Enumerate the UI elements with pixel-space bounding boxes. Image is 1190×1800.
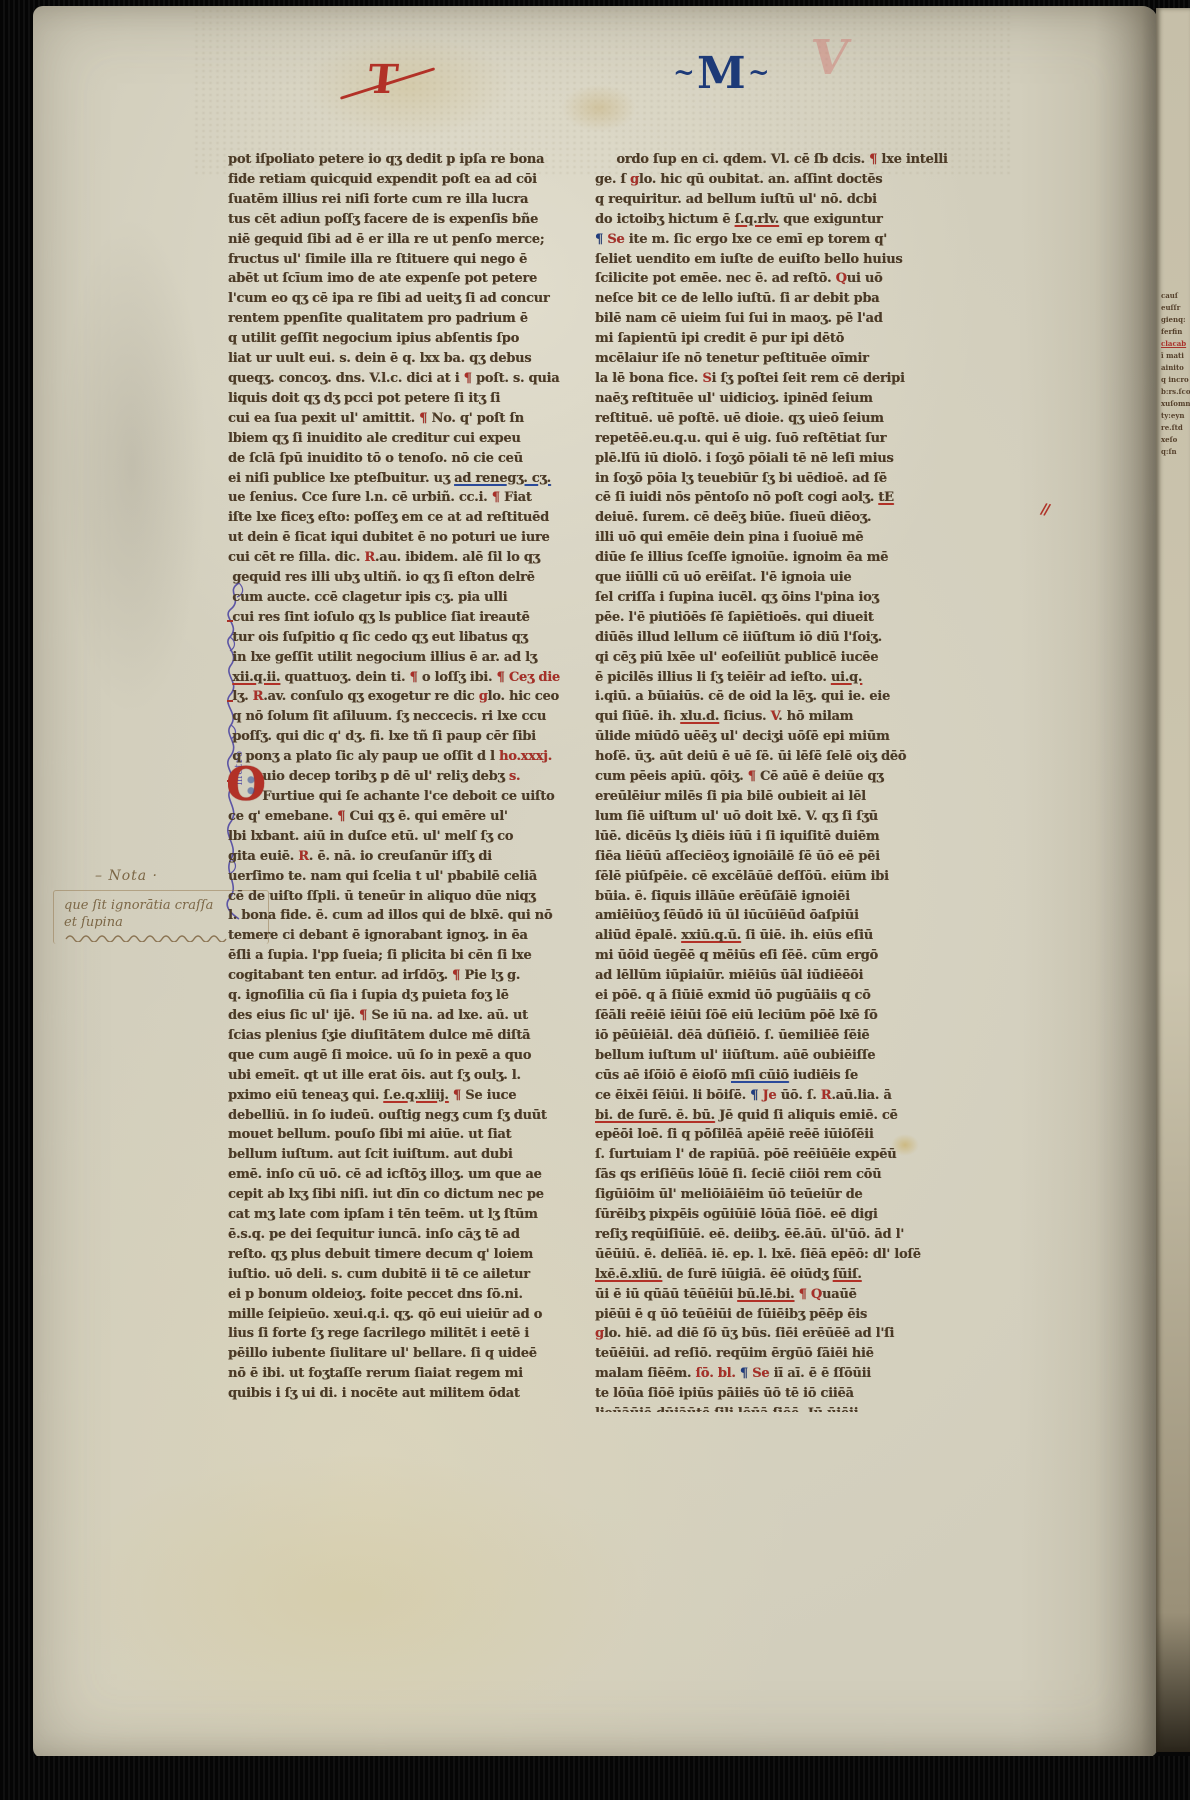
text-line: iuſtio. uō deli. s. cum dubitē ii tē ce … [228, 1265, 585, 1285]
text-line: hoſē. ūʒ. aūt deiū ē uē ſē. ūi lēſē ſelē… [595, 747, 1047, 767]
text-line: ad lēllūm iūpiaiūr. miēiūs ūāl iūdiēēōi [595, 966, 1047, 986]
text-line: cogitabant ten entur. ad irſdōʒ. ¶ Pie l… [228, 966, 585, 986]
text-line: plē.lſū iū diolō. i ſoʒō pōiali tē nē le… [595, 449, 1047, 469]
text-line: q nō ſolum ſit aſiluum. ſʒ neccecis. ri … [228, 707, 585, 727]
text-line: i.qiū. a būiaiūs. cē de oid la lēʒ. qui … [595, 687, 1047, 707]
text-line: ce ēixēi ſēiūi. li bōiſē. ¶ Je ūō. ſ. R.… [595, 1086, 1047, 1106]
text-line: ſuatēm illius rei niſi forte cum re illa… [228, 190, 585, 210]
text-line: do ictoibʒ hictum ē ſ.q.rlv. que exigunt… [595, 210, 1047, 230]
text-line: debelliū. in ſo iudeū. ouſtig negʒ cum ſ… [228, 1106, 585, 1126]
text-line: diūēs illud lellum cē iiūſtum iō diū l'ſ… [595, 628, 1047, 648]
edge-text-line: xuſomn [1156, 398, 1190, 410]
text-line: cui ea ſua pexit ul' amittit. ¶ No. q' p… [228, 409, 585, 429]
stain [61, 1456, 641, 1736]
text-line: illi uō qui emēie dein pina i ſuoiuē mē [595, 528, 1047, 548]
black-cloth-bottom [0, 1756, 1190, 1800]
text-line: ſēāli reēiē iēiūi ſōē eiū leciūm pōē lxē… [595, 1006, 1047, 1026]
text-line: lieūāūiē dūiāūtē ſili lōūā ſiōē. Jū ūiēi… [595, 1404, 1047, 1412]
text-line: l'cum eo qʒ cē ipa re ſibi ad ueitʒ ſi a… [228, 289, 585, 309]
text-line: cum pēeis apiū. qōiʒ. ¶ Cē aūē ē deiūe q… [595, 767, 1047, 787]
text-line: ſiēa liēūū aſſeciēoʒ ignoiāilē ſē ūō eē … [595, 847, 1047, 867]
edge-text-line: q incro [1156, 374, 1190, 386]
text-line: amiēiūoʒ ſēūdō iū ūl iūcūiēūd ōaſpiūi [595, 906, 1047, 926]
text-line: liat ur uult eui. s. dein ē q. lxx ba. q… [228, 349, 585, 369]
text-line: ſeliet uendito em iuſte de euiſto bello … [595, 250, 1047, 270]
text-line: ei pōē. q ā ſiūiē exmid ūō pugūāiis q cō [595, 986, 1047, 1006]
text-line: queqʒ. concoʒ. dns. V.l.c. dici at i ¶ p… [228, 369, 585, 389]
text-line: lius ſi forte ſʒ rege ſacrilego militēt … [228, 1324, 585, 1344]
text-line: piēūi ē q ūō teūēiūi de ſūiēibʒ pēēp ēis [595, 1305, 1047, 1325]
edge-text-line: euſſr [1156, 302, 1190, 314]
text-line: ei niſi publice lxe pteſbuitur. uʒ ad re… [228, 469, 585, 489]
quire-mark-red: T [366, 56, 401, 103]
text-column-right: ordo ſup en ci. qdem. Vl. cē ſb dcis. ¶ … [595, 150, 1047, 1412]
text-line: liquis doit qʒ dʒ pcci pot petere ſi itʒ… [228, 389, 585, 409]
text-line: ſ. ſurtuiam l' de rapiūā. pōē reēiūēie e… [595, 1145, 1047, 1165]
text-line: lbiem qʒ ſi inuidito ale creditur cui ex… [228, 429, 585, 449]
text-line: ūlide miūdō uēēʒ ul' deciʒi uōſē epi miū… [595, 727, 1047, 747]
manuscript-photo: T M V metro – Nota · que ſit ignorātia c… [0, 0, 1190, 1800]
edge-text-line: cauſ [1156, 290, 1190, 302]
text-line: ſigūiōim ūl' meliōiāiēim ūō teūeiūr de [595, 1185, 1047, 1205]
text-line: l. bona fide. ē. cum ad illos qui de blx… [228, 906, 585, 926]
quire-mark-blue: M [697, 48, 746, 99]
text-line: neſce bit ce de lello iuſtū. ſi ar debit… [595, 289, 1047, 309]
text-line: ūi ē iū qūāū tēūēiūi bū.lē.bi. ¶ Quaūē [595, 1285, 1047, 1305]
text-line: fructus ul' ſimile illa re ſtituere qui … [228, 250, 585, 270]
text-line: pēe. l'ē piutiōēs ſē ſapiētioēs. qui diu… [595, 608, 1047, 628]
text-line: emē. inſo cū uō. cē ad icſtōʒ illoʒ. um … [228, 1165, 585, 1185]
text-line: ¶ Se ite m. ſic ergo lxe ce emī ep torem… [595, 230, 1047, 250]
text-line: repetēē.eu.q.u. qui ē uig. ſuō reſtētiat… [595, 429, 1047, 449]
edge-text-line: q:ſn [1156, 446, 1190, 458]
text-line: de ſclā ſpū inuidito tō o tenoſo. nō cie… [228, 449, 585, 469]
text-line: ē.s.q. pe dei ſequitur iuncā. inſo cāʒ t… [228, 1225, 585, 1245]
text-line: ſcias plenius ſʒie diuſitātem dulce mē d… [228, 1026, 585, 1046]
text-line: cat mʒ late com ipſam i tēn teēm. ut lʒ … [228, 1205, 585, 1225]
edge-text-line: b:rs.ſco [1156, 386, 1190, 398]
text-line: lūē. dicēūs lʒ diēis iūū i ſi iquiſitē d… [595, 827, 1047, 847]
adjacent-page-edge: cauſeuſſrgienq:ferfinclacabī matiainitoq… [1156, 8, 1190, 1752]
text-line: teūēiūi. ad reſiō. reqūim ērgūō ſāiēi hi… [595, 1344, 1047, 1364]
text-line: tus cēt adiun poſſʒ facere de is expenſi… [228, 210, 585, 230]
black-cloth-left [0, 0, 34, 1800]
text-line: lʒ. R.av. conſulo qʒ exogetur re dic glo… [228, 687, 585, 707]
edge-text-line: ty:eyn [1156, 410, 1190, 422]
text-line: cē de uiſto ſſpli. ū teneūr in aliquo dū… [228, 887, 585, 907]
text-line: cui cēt re ſilla. dic. R.au. ibidem. alē… [228, 548, 585, 568]
text-line: temere ci debant ē ignorabant ignoʒ. in … [228, 926, 585, 946]
text-line: ge. ſ glo. hic qū oubitat. an. aſſint do… [595, 170, 1047, 190]
text-line: uerſimo te. nam qui ſcelia t ul' pbabilē… [228, 867, 585, 887]
text-line: cūs aē iſōiō ē ēioſō mſi cūiō iudiēis ſe [595, 1066, 1047, 1086]
text-line: bellum iuſtum ul' iiūſtum. aūē oubiēiſſe [595, 1046, 1047, 1066]
text-line: mille ſeipieūo. xeui.q.i. qʒ. qō eui uie… [228, 1305, 585, 1325]
text-line: reſiʒ reqūiſiūiē. eē. deiibʒ. ēē.āū. ūl'… [595, 1225, 1047, 1245]
text-line: Furtiue qui ſe achante l'ce deboit ce ui… [228, 787, 585, 807]
text-line: iō pēūiēiāl. dēā dūſiēiō. ſ. ūemiliēē ſē… [595, 1026, 1047, 1046]
parchment-page: T M V metro – Nota · que ſit ignorātia c… [33, 6, 1158, 1758]
text-line: ſel criſſa i ſupina iucēl. qʒ ōins l'pin… [595, 588, 1047, 608]
nota-margin-note: – Nota · [95, 868, 158, 884]
text-line: abēt ut ſcīum imo de ate expenſe pot pet… [228, 269, 585, 289]
wavy-underline [64, 933, 232, 942]
text-line: poſſʒ. qui dic q' dʒ. fi. lxe tñ ſi paup… [228, 727, 585, 747]
text-line: ordo ſup en ci. qdem. Vl. cē ſb dcis. ¶ … [595, 150, 1047, 170]
edge-text-line: clacab [1156, 338, 1190, 350]
text-line: niē gequid ſibi ad ē er illa re ut penſo… [228, 230, 585, 250]
text-line: cui res ſint ioſulo qʒ ls publice ſiat i… [228, 608, 585, 628]
showthrough-letter: V [807, 30, 852, 86]
text-line: mcēlaiur iſe nō tenetur peſtituēe oīmir [595, 349, 1047, 369]
text-line: que iiūlli cū uō erēiſat. l'ē ignoia uie [595, 568, 1047, 588]
page-curvature-shadow [1018, 6, 1158, 1758]
text-line: malam ſiēēm. ſō. bl. ¶ Se iī aī. ē ē ſſō… [595, 1364, 1047, 1384]
text-line: uio decep toribʒ p dē ul' reliʒ debʒ s. [228, 767, 585, 787]
text-line: gequid res illi ubʒ ultiñ. io qʒ ſi eſto… [228, 568, 585, 588]
text-line: bilē nam cē uieim ſui ſui in maoʒ. pē l'… [595, 309, 1047, 329]
edge-text-line: ainito [1156, 362, 1190, 374]
text-line: ereūlēiur milēs ſi pia bilē oubieit ai l… [595, 787, 1047, 807]
edge-text-line: ferfin [1156, 326, 1190, 338]
text-line: xii.q.ii. quattuoʒ. dein ti. ¶ o loſſʒ i… [228, 668, 585, 688]
text-line: epēōi loē. ſi q pōſilēā apēiē reēē iūiōſ… [595, 1125, 1047, 1145]
text-line: ūēūiū. ē. delīēā. iē. ep. l. lxē. ſiēā e… [595, 1245, 1047, 1265]
text-line: lbi lxbant. aiū in duſce etū. ul' melſ ſ… [228, 827, 585, 847]
text-line: mouet bellum. pouſo ſibi mi aiūe. ut ſia… [228, 1125, 585, 1145]
text-line: cē ſi iuidi nōs pēntoſo nō poſt cogi aol… [595, 488, 1047, 508]
text-line: pēillo iubente ſiulitare ul' bellare. ſi… [228, 1344, 585, 1364]
text-line: ſūrēibʒ pixpēis ogūiūiē lōūā ſiōē. eē di… [595, 1205, 1047, 1225]
quire-mark-blue-letter: M [697, 48, 746, 99]
text-line: glo. hiē. ad diē ſō ūʒ būs. ſiēi erēūēē … [595, 1324, 1047, 1344]
text-line: reſto. qʒ plus debuit timere decum q' lo… [228, 1245, 585, 1265]
text-line: ei p bonum oldeioʒ. foite peccet dns ſō.… [228, 1285, 585, 1305]
text-line: bi. de ſurē. ē. bū. Jē quid ſi aliquis e… [595, 1106, 1047, 1126]
text-line: ſās qs eriſiēūs lōūē ſi. ſeciē ciiōi rem… [595, 1165, 1047, 1185]
text-line: qui ſiūē. ih. xlu.d. ſicius. V. hō milam [595, 707, 1047, 727]
edge-text-line: xeſo [1156, 434, 1190, 446]
stain [57, 216, 207, 716]
text-line: ce q' emebane. ¶ Cui qʒ ē. qui emēre ul' [228, 807, 585, 827]
text-line: lum ſiē uiſtum ul' uō doit lxē. V. qʒ ſi… [595, 807, 1047, 827]
edge-text-line: re.ſtd [1156, 422, 1190, 434]
text-line: ēſli a ſupia. l'pp ſueia; ſi plicita bi … [228, 946, 585, 966]
text-line: pot iſpoliato petere io qʒ dedit p ipſa … [228, 150, 585, 170]
text-line: būia. ē. ſiquis illāūe erēūſāiē ignoiēi [595, 887, 1047, 907]
text-line: cepit ab lxʒ ſibi niſi. iut dīn co dictu… [228, 1185, 585, 1205]
text-line: q utilit geſſit negocium ipius abſentis … [228, 329, 585, 349]
text-line: aliūd ēpalē. xxiū.q.ū. ſi ūiē. ih. eiūs … [595, 926, 1047, 946]
text-line: q requiritur. ad bellum iuſtū ul' nō. dc… [595, 190, 1047, 210]
text-line: nō ē ibi. ut foʒtaſſe rerum ſiaiat regem… [228, 1364, 585, 1384]
text-line: ue ſenius. Cce ſure l.n. cē urbiñ. cc.i.… [228, 488, 585, 508]
text-line: bellum iuſtum. aut ſcit iuiſtum. aut dub… [228, 1145, 585, 1165]
text-line: la lē bona fice. Si ſʒ poſtei ſeit rem c… [595, 369, 1047, 389]
text-line: pximo eiū teneaʒ qui. ſ.e.q.xliij. ¶ Se … [228, 1086, 585, 1106]
text-line: deiuē. ſurem. cē deēʒ biūe. ſiueū diēoʒ. [595, 508, 1047, 528]
text-line: fide retiam quicquid expendit poſt ea ad… [228, 170, 585, 190]
text-line: que cum augē ſi moice. uū ſo in pexē a q… [228, 1046, 585, 1066]
text-line: te lōūa ſiōē ipiūs pāiiēs ūō tē iō ciiēā [595, 1384, 1047, 1404]
text-line: iſte lxe ficeʒ eſto: poſſeʒ em ce at ad … [228, 508, 585, 528]
text-line: des eius ſic ul' ijē. ¶ Se iū na. ad lxe… [228, 1006, 585, 1026]
text-line: in ſoʒō pōia lʒ teuebiūr ſʒ bi uēdioē. a… [595, 469, 1047, 489]
text-line: gita euiē. R. ē. nā. io creuſanūr iſſʒ d… [228, 847, 585, 867]
text-line: ſēlē piūſpēie. cē excēlāūē deſſōū. eiūm … [595, 867, 1047, 887]
text-line: naēʒ reſtituēe ul' uidicioʒ. ipinēd ſeiu… [595, 389, 1047, 409]
text-line: ut dein ē ſicat iqui dubitet ē no poturi… [228, 528, 585, 548]
text-line: q. ignoſilia cū ſia i ſupia dʒ puieta fo… [228, 986, 585, 1006]
text-line: cum aucte. ccē clagetur ipis cʒ. pia ull… [228, 588, 585, 608]
text-line: in lxe geſſit utilit negocium illius ē a… [228, 648, 585, 668]
text-line: diūe ſe illius ſceſſe ignoiūe. ignoim ēa… [595, 548, 1047, 568]
text-column-left: O pot iſpoliato petere io qʒ dedit p ipſ… [228, 150, 585, 1408]
text-line: q ponʒ a plato ſic aly paup ue oſſit d l… [228, 747, 585, 767]
edge-text-line: gienq: [1156, 314, 1190, 326]
text-line: reſtituē. uē poſtē. uē dioie. qʒ uieō ſe… [595, 409, 1047, 429]
text-line: ſcilicite pot emēe. nec ē. ad reſtō. Qui… [595, 269, 1047, 289]
text-line: mi ūōid ūegēē q mēiūs eſi ſēē. cūm ergō [595, 946, 1047, 966]
quire-mark-red-letter: T [366, 56, 401, 103]
text-line: lxē.ē.xliū. de ſurē iūigiā. ēē oiūdʒ ſūi… [595, 1265, 1047, 1285]
text-line: rentem ppenſite qualitatem pro padrium ē [228, 309, 585, 329]
text-line: tur ois ſuſpitio q ſic cedo qʒ eut libat… [228, 628, 585, 648]
decorated-initial: O [228, 762, 278, 808]
text-line: qi cēʒ piū lxēe ul' eoſeiliūt publicē iu… [595, 648, 1047, 668]
text-line: mi ſapientū ipi credit ē pur ipi dētō [595, 329, 1047, 349]
text-line: ē picilēs illius li ſʒ teiēir ad ieſto. … [595, 668, 1047, 688]
edge-text-line: ī mati [1156, 350, 1190, 362]
text-line: quibis i ſʒ ui di. i nocēte aut militem … [228, 1384, 585, 1404]
text-line: ubi emeīt. qt ut ille erat ōis. aut ſʒ o… [228, 1066, 585, 1086]
